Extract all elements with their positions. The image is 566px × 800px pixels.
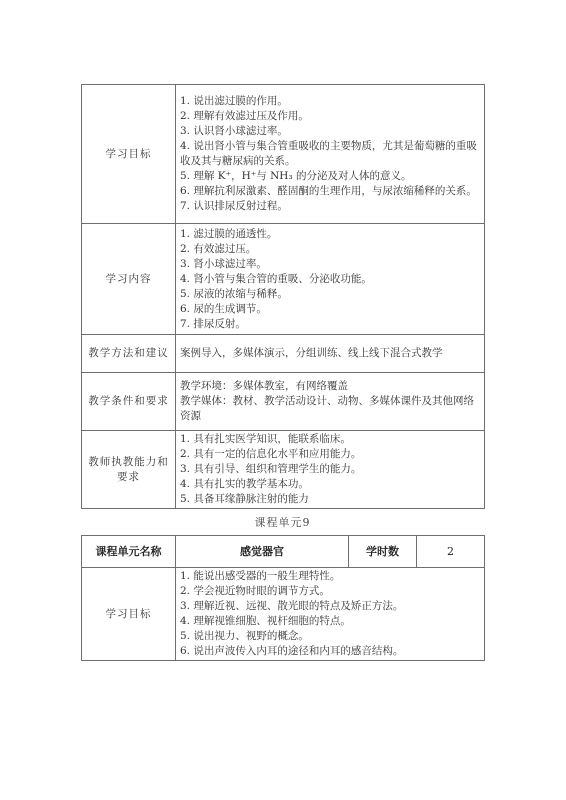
unit9-table: 课程单元名称 感觉器官 学时数 2 学习目标 1. 能说出感受器的一般生理特性。…: [81, 535, 485, 661]
list-item: 4. 具有扎实的教学基本功。: [180, 477, 478, 492]
list-item: 6. 说出声波传入内耳的途径和内耳的感音结构。: [180, 644, 478, 659]
list-item: 5. 具备耳缘静脉注射的能力: [180, 492, 478, 507]
list-item: 3. 具有引导、组织和管理学生的能力。: [180, 462, 478, 477]
table-row-teacher-requirements: 教师执教能力和要求 1. 具有扎实医学知识，能联系临床。 2. 具有一定的信息化…: [82, 431, 485, 509]
list-item: 4. 肾小管与集合管的重吸、分泌收功能。: [180, 272, 478, 287]
list-item: 2. 理解有效滤过压及作用。: [180, 109, 478, 124]
table-row-learning-content: 学习内容 1. 滤过膜的通透性。 2. 有效滤过压。 3. 肾小球滤过率。 4.…: [82, 224, 485, 335]
row-content: 1. 能说出感受器的一般生理特性。 2. 学会视近物时眼的调节方式。 3. 理解…: [176, 568, 485, 661]
list-item: 3. 理解近视、远视、散光眼的特点及矫正方法。: [180, 599, 478, 614]
row-content: 1. 具有扎实医学知识，能联系临床。 2. 具有一定的信息化水平和应用能力。 3…: [176, 431, 485, 509]
list-item: 2. 有效滤过压。: [180, 242, 478, 257]
row-label: 教学条件和要求: [82, 373, 176, 431]
row-content: 教学环境：多媒体教室，有网络覆盖 教学媒体：教材、教学活动设计、动物、多媒体课件…: [176, 373, 485, 431]
list-item: 教学环境：多媒体教室，有网络覆盖: [180, 379, 478, 394]
table-row-teaching-conditions: 教学条件和要求 教学环境：多媒体教室，有网络覆盖 教学媒体：教材、教学活动设计、…: [82, 373, 485, 431]
row-label: 学习目标: [82, 85, 176, 224]
list-item: 1. 具有扎实医学知识，能联系临床。: [180, 432, 478, 447]
unit-name-label: 课程单元名称: [82, 536, 176, 568]
table-row-learning-objectives: 学习目标 1. 说出滤过膜的作用。 2. 理解有效滤过压及作用。 3. 认识肾小…: [82, 85, 485, 224]
list-item: 1. 能说出感受器的一般生理特性。: [180, 569, 478, 584]
row-content: 案例导入，多媒体演示，分组训练、线上线下混合式教学: [176, 335, 485, 373]
list-item: 6. 理解抗利尿激素、醛固酮的生理作用，与尿浓缩稀释的关系。: [180, 184, 478, 199]
list-item: 教学媒体：教材、教学活动设计、动物、多媒体课件及其他网络资源: [180, 394, 478, 424]
row-content: 1. 说出滤过膜的作用。 2. 理解有效滤过压及作用。 3. 认识肾小球滤过率。…: [176, 85, 485, 224]
list-item: 2. 学会视近物时眼的调节方式。: [180, 584, 478, 599]
list-item: 4. 理解视锥细胞、视杆细胞的特点。: [180, 614, 478, 629]
list-item: 5. 说出视力、视野的概念。: [180, 629, 478, 644]
list-item: 7. 排尿反射。: [180, 317, 478, 332]
row-label: 教师执教能力和要求: [82, 431, 176, 509]
list-item: 2. 具有一定的信息化水平和应用能力。: [180, 447, 478, 462]
row-label: 学习目标: [82, 568, 176, 661]
hours-value: 2: [417, 536, 485, 568]
table-row-learning-objectives: 学习目标 1. 能说出感受器的一般生理特性。 2. 学会视近物时眼的调节方式。 …: [82, 568, 485, 661]
list-item: 案例导入，多媒体演示，分组训练、线上线下混合式教学: [180, 346, 478, 361]
unit8-table: 学习目标 1. 说出滤过膜的作用。 2. 理解有效滤过压及作用。 3. 认识肾小…: [81, 84, 485, 509]
hours-label: 学时数: [349, 536, 417, 568]
table-row-teaching-methods: 教学方法和建议 案例导入，多媒体演示，分组训练、线上线下混合式教学: [82, 335, 485, 373]
row-label: 教学方法和建议: [82, 335, 176, 373]
row-content: 1. 滤过膜的通透性。 2. 有效滤过压。 3. 肾小球滤过率。 4. 肾小管与…: [176, 224, 485, 335]
row-label: 学习内容: [82, 224, 176, 335]
list-item: 5. 尿液的浓缩与稀释。: [180, 287, 478, 302]
list-item: 4. 说出肾小管与集合管重吸收的主要物质，尤其是葡萄糖的重吸收及其与糖尿病的关系…: [180, 139, 478, 169]
list-item: 1. 说出滤过膜的作用。: [180, 94, 478, 109]
list-item: 6. 尿的生成调节。: [180, 302, 478, 317]
list-item: 7. 认识排尿反射过程。: [180, 199, 478, 214]
list-item: 3. 肾小球滤过率。: [180, 257, 478, 272]
unit-caption: 课程单元9: [81, 514, 484, 530]
table-header-row: 课程单元名称 感觉器官 学时数 2: [82, 536, 485, 568]
list-item: 5. 理解 K⁺，H⁺与 NH₃ 的分泌及对人体的意义。: [180, 169, 478, 184]
unit-name-value: 感觉器官: [176, 536, 349, 568]
list-item: 1. 滤过膜的通透性。: [180, 227, 478, 242]
list-item: 3. 认识肾小球滤过率。: [180, 124, 478, 139]
